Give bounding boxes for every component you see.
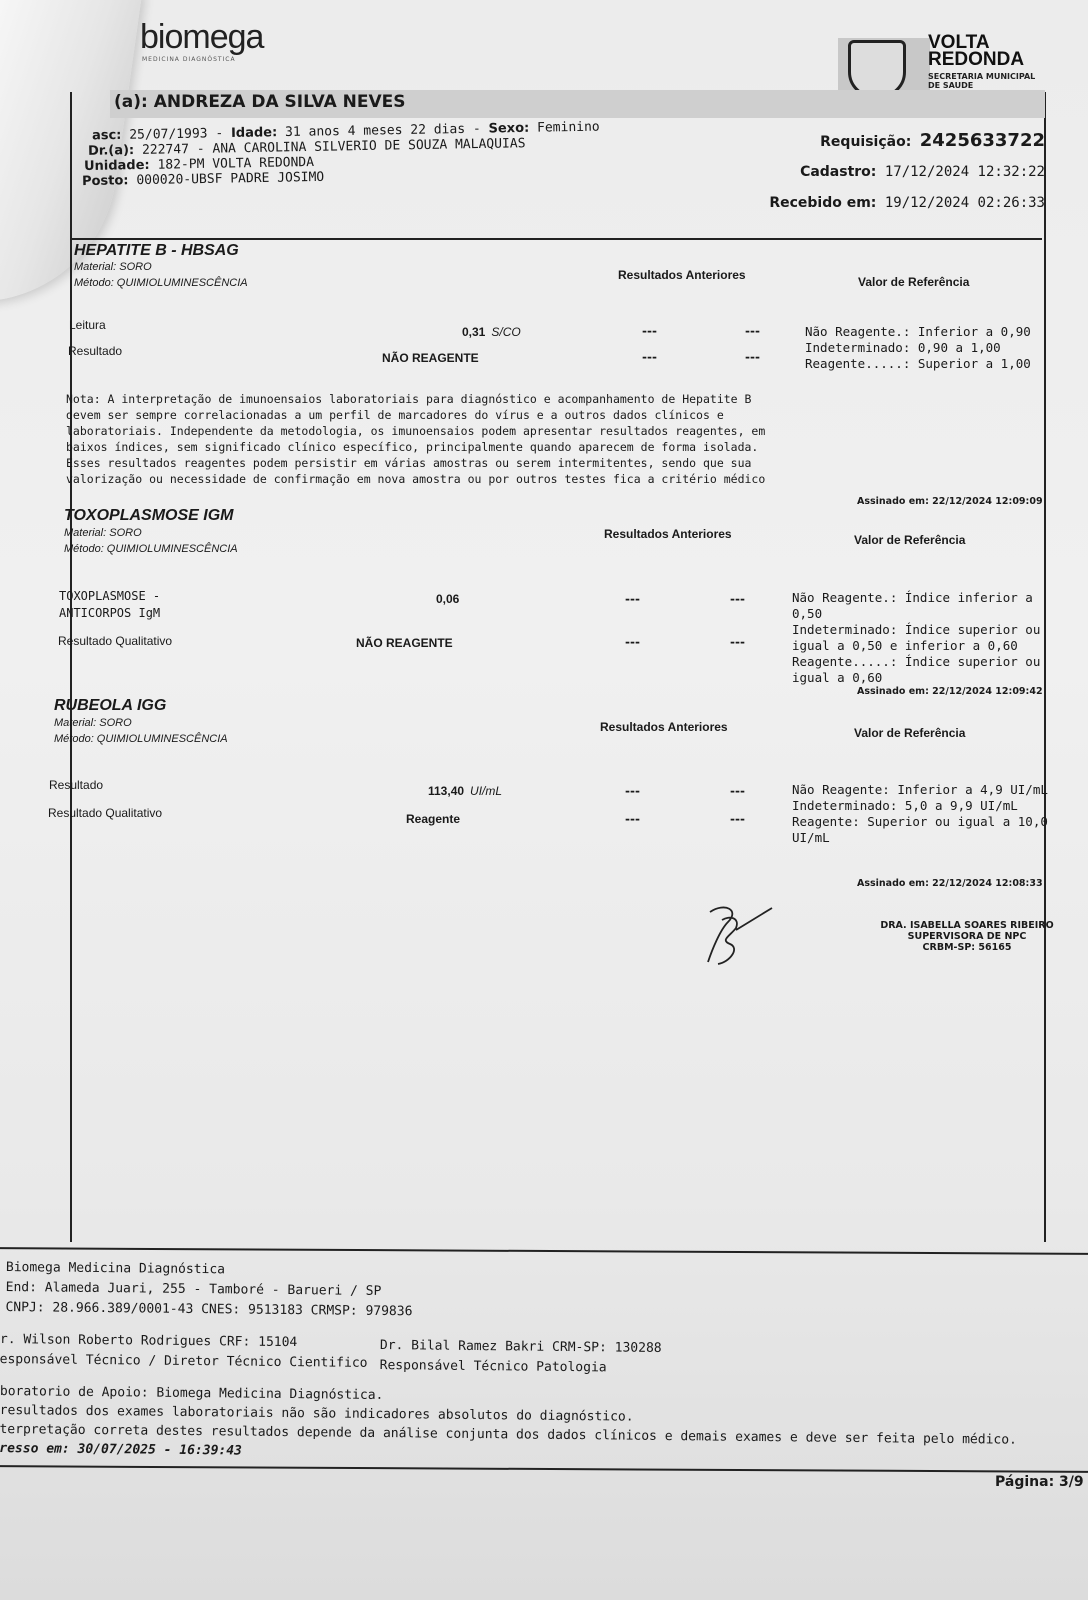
result-value: NÃO REAGENTE — [382, 351, 479, 365]
municipality-subtitle: SECRETARIA MUNICIPAL DE SAUDE — [928, 72, 1035, 90]
previous-result-1: --- — [625, 784, 640, 798]
result-value: NÃO REAGENTE — [356, 636, 453, 650]
resp1-role: esponsável Técnico / Diretor Técnico Cie… — [0, 1350, 368, 1374]
registration-datetime: Cadastro: 17/12/2024 12:32:22 — [740, 164, 1045, 180]
exam-method: Método: QUIMIOLUMINESCÊNCIA — [64, 543, 238, 555]
signer-role: SUPERVISORA DE NPC — [862, 931, 1072, 942]
previous-result-2: --- — [730, 812, 745, 826]
row-label: Resultado — [68, 344, 122, 358]
signer-block: DRA. ISABELLA SOARES RIBEIRO SUPERVISORA… — [862, 920, 1072, 953]
previous-result-2: --- — [745, 324, 760, 338]
hepatite-note: Nota: A interpretação de imunoensaios la… — [66, 391, 786, 487]
footer-responsible-2: Dr. Bilal Ramez Bakri CRM-SP: 130288 Res… — [380, 1336, 662, 1379]
reference-values: Não Reagente.: Inferior a 0,90 Indetermi… — [805, 324, 1075, 372]
footer-disclaimer: boratorio de Apoio: Biomega Medicina Dia… — [0, 1382, 1017, 1469]
received-datetime: Recebido em: 19/12/2024 02:26:33 — [700, 195, 1045, 211]
signed-timestamp: Assinado em: 22/12/2024 12:09:09 — [857, 496, 1043, 507]
exam-method: Método: QUIMIOLUMINESCÊNCIA — [74, 277, 248, 289]
result-value: 0,31S/CO — [462, 325, 521, 339]
previous-results-header: Resultados Anteriores — [618, 268, 746, 282]
footer-responsible-1: r. Wilson Roberto Rodrigues CRF: 15104 e… — [0, 1330, 368, 1374]
footer-divider — [0, 1247, 1088, 1255]
previous-results-header: Resultados Anteriores — [600, 720, 728, 734]
footer-ids: CNPJ: 28.966.389/0001-43 CNES: 9513183 C… — [5, 1298, 412, 1322]
previous-result-1: --- — [625, 635, 640, 649]
reference-header: Valor de Referência — [854, 533, 965, 547]
biomega-logo-subtitle: MEDICINA DIAGNÓSTICA — [142, 56, 236, 63]
previous-result-2: --- — [730, 635, 745, 649]
previous-results-header: Resultados Anteriores — [604, 527, 732, 541]
municipality-title-line2: REDONDA — [928, 51, 1024, 68]
row-label: Resultado Qualitativo — [48, 806, 162, 820]
signer-registry: CRBM-SP: 56165 — [862, 942, 1072, 953]
signature-scribble-icon — [700, 900, 780, 970]
municipality-sub-line1: SECRETARIA MUNICIPAL — [928, 72, 1035, 81]
previous-result-2: --- — [730, 592, 745, 606]
exam-title-hepatite-b: HEPATITE B - HBSAG — [74, 242, 239, 260]
reference-values: Não Reagente.: Índice inferior a 0,50 In… — [792, 590, 1068, 686]
signed-timestamp: Assinado em: 22/12/2024 12:08:33 — [857, 878, 1043, 889]
reference-values: Não Reagente: Inferior a 4,9 UI/mL Indet… — [792, 782, 1068, 846]
row-label: Resultado — [49, 778, 103, 792]
signed-timestamp: Assinado em: 22/12/2024 12:09:42 — [857, 686, 1043, 697]
patient-name: (a): ANDREZA DA SILVA NEVES — [114, 92, 406, 112]
municipality-sub-line2: DE SAUDE — [928, 81, 1035, 90]
lab-report-page: biomega MEDICINA DIAGNÓSTICA VOLTA REDON… — [0, 0, 1088, 1600]
resp2-role: Responsável Técnico Patologia — [380, 1356, 662, 1379]
result-value: Reagente — [406, 812, 460, 826]
previous-result-2: --- — [730, 784, 745, 798]
page-number: Página: 3/9 — [995, 1474, 1084, 1490]
request-number: Requisição: 2425633722 — [760, 130, 1045, 151]
reference-header: Valor de Referência — [858, 275, 969, 289]
row-label: Leitura — [69, 318, 106, 332]
exam-title-toxoplasmose: TOXOPLASMOSE IGM — [64, 507, 234, 525]
previous-result-1: --- — [625, 592, 640, 606]
previous-result-1: --- — [625, 812, 640, 826]
row-label: Resultado Qualitativo — [58, 634, 172, 648]
exam-method: Método: QUIMIOLUMINESCÊNCIA — [54, 733, 228, 745]
footer-lab-info: Biomega Medicina Diagnóstica End: Alamed… — [5, 1258, 413, 1322]
header-divider — [70, 238, 1042, 240]
reference-header: Valor de Referência — [854, 726, 965, 740]
exam-material: Material: SORO — [54, 717, 132, 729]
previous-result-1: --- — [642, 324, 657, 338]
exam-title-rubeola: RUBEOLA IGG — [54, 697, 166, 715]
biomega-logo: biomega — [140, 18, 263, 57]
signer-name: DRA. ISABELLA SOARES RIBEIRO — [862, 920, 1072, 931]
result-value: 0,06 — [436, 592, 459, 606]
result-value: 113,40UI/mL — [428, 784, 502, 798]
row-label: TOXOPLASMOSE - ANTICORPOS IgM — [59, 588, 229, 622]
municipality-title: VOLTA REDONDA — [928, 34, 1024, 68]
exam-material: Material: SORO — [64, 527, 142, 539]
previous-result-1: --- — [642, 350, 657, 364]
previous-result-2: --- — [745, 350, 760, 364]
exam-material: Material: SORO — [74, 261, 152, 273]
